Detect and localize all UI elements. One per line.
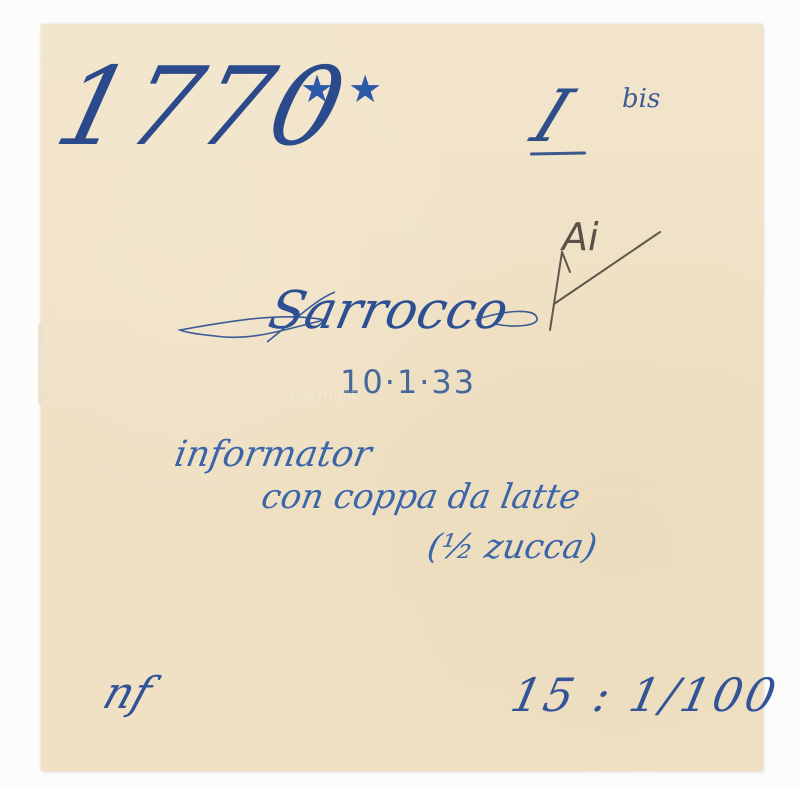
description-line-3: (½ zucca) <box>425 530 599 564</box>
watermark: copyright <box>290 388 356 402</box>
ratio-annotation: 15 : 1/100 <box>507 672 783 718</box>
pencil-annotation: Ai <box>562 218 599 256</box>
date: 10·1·33 <box>340 366 476 398</box>
description-line-1: informator <box>172 437 374 473</box>
description-line-2: con coppa da latte <box>259 480 583 514</box>
scan-background: 1770 ★★ I bis Ai Sarrocco 10·1·33 copyri… <box>0 0 800 787</box>
collector-name: Sarrocco <box>264 285 512 337</box>
classification-suffix: bis <box>622 86 660 112</box>
star-marks-icon: ★★ <box>300 70 396 108</box>
pencil-check-icon <box>540 212 670 332</box>
